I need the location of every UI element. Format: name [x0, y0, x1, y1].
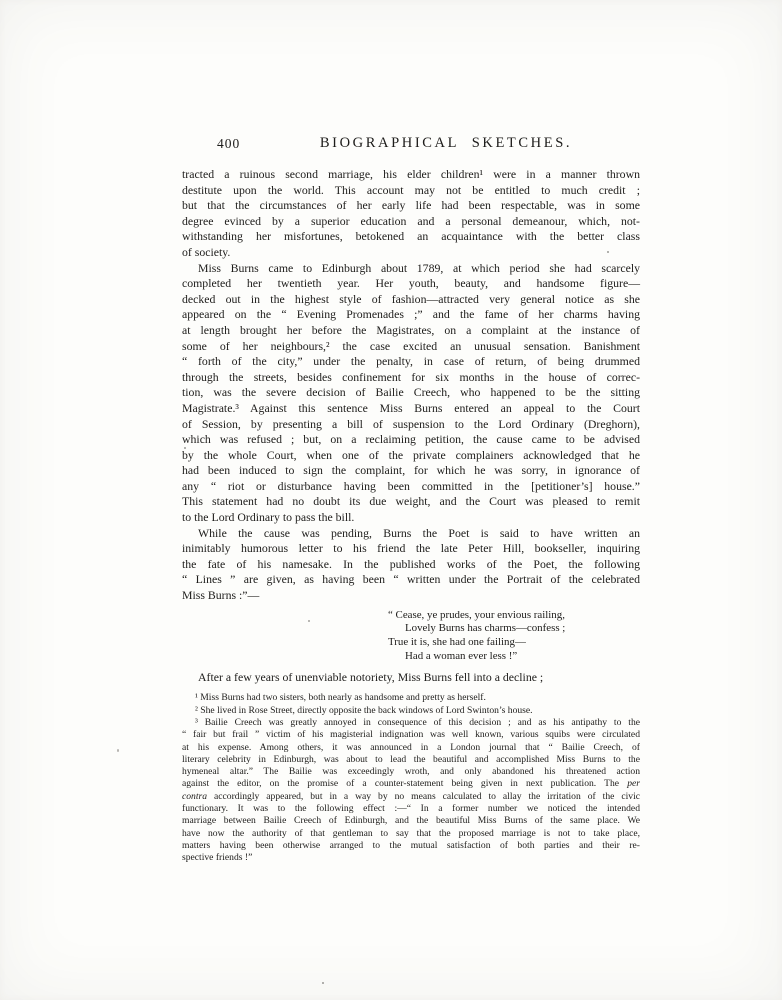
footnote-1: ¹ Miss Burns had two sisters, both nearl… — [182, 692, 640, 704]
verse-line: Lovely Burns has charms—confess ; — [388, 622, 640, 636]
text-line: some of her neighbours,² the case excite… — [182, 339, 640, 355]
text-line: withstanding her misfortunes, betokened … — [182, 229, 640, 245]
text-line: Miss Burns came to Edinburgh about 1789,… — [182, 261, 640, 277]
text-line: of Session, by presenting a bill of susp… — [182, 417, 640, 433]
text-line: by the whole Court, when one of the priv… — [182, 448, 640, 464]
book-page: 400 BIOGRAPHICAL SKETCHES. tracted a rui… — [0, 0, 782, 1000]
text-column: tracted a ruinous second marriage, his e… — [182, 167, 640, 865]
footnote-line: ³ Bailie Creech was greatly annoyed in c… — [182, 717, 640, 729]
text-line: degree evinced by a superior education a… — [182, 214, 640, 230]
footnote-line: spective friends !” — [182, 852, 640, 864]
footnote-line: have now the authority of that gentleman… — [182, 828, 640, 840]
text-line: tion, was the severe decision of Bailie … — [182, 385, 640, 401]
footnote-line: contra accordingly appeared, but in a wa… — [182, 791, 640, 803]
verse-quatrain: “ Cease, ye prudes, your envious railing… — [388, 609, 640, 664]
footnote-line: literary celebrity in Edinburgh, was abo… — [182, 754, 640, 766]
text-line: While the cause was pending, Burns the P… — [182, 526, 640, 542]
footnotes-section: ¹ Miss Burns had two sisters, both nearl… — [182, 692, 640, 864]
footnote-line: marriage between Bailie Creech of Edinbu… — [182, 815, 640, 827]
text-line: After a few years of unenviable notoriet… — [182, 670, 640, 686]
text-line: completed her twentieth year. Her youth,… — [182, 276, 640, 292]
text-line: “ forth of the city,” under the penalty,… — [182, 354, 640, 370]
text-line: the fate of his namesake. In the publish… — [182, 557, 640, 573]
verse-line: Had a woman ever less !” — [388, 650, 640, 664]
text-line: but that the circumstances of her early … — [182, 198, 640, 214]
text-line: at length brought her before the Magistr… — [182, 323, 640, 339]
text-line: had been induced to sign the complaint, … — [182, 463, 640, 479]
text-line: tracted a ruinous second marriage, his e… — [182, 167, 640, 183]
text-line: “ Lines ” are given, as having been “ wr… — [182, 572, 640, 588]
footnote-line: against the editor, on the promise of a … — [182, 778, 640, 790]
scan-speck — [322, 982, 324, 984]
footnote-line: “ fair but frail ” victim of his magiste… — [182, 729, 640, 741]
footnote-2: ² She lived in Rose Street, directly opp… — [182, 705, 640, 717]
footnote-3: ³ Bailie Creech was greatly annoyed in c… — [182, 717, 640, 865]
scan-speck — [184, 447, 186, 449]
text-line: any “ riot or disturbance having been co… — [182, 479, 640, 495]
text-line: to the Lord Ordinary to pass the bill. — [182, 510, 640, 526]
footnote-line: ¹ Miss Burns had two sisters, both nearl… — [182, 692, 640, 704]
italic-text: per — [627, 778, 640, 789]
scan-speck — [117, 749, 119, 752]
text-segment: accordingly appeared, but in a way by no… — [207, 791, 640, 802]
running-title: BIOGRAPHICAL SKETCHES. — [217, 135, 675, 152]
text-line: Magistrate.³ Against this sentence Miss … — [182, 401, 640, 417]
verse-line: True it is, she had one failing— — [388, 636, 640, 650]
footnote-line: matters having been otherwise arranged t… — [182, 840, 640, 852]
page-header: 400 BIOGRAPHICAL SKETCHES. — [182, 135, 640, 155]
text-line: appeared on the “ Evening Promenades ;” … — [182, 307, 640, 323]
paragraph-burns-poet-letter: While the cause was pending, Burns the P… — [182, 526, 640, 604]
text-line: Miss Burns :”— — [182, 588, 640, 604]
text-line: of society. — [182, 245, 640, 261]
text-line: destitute upon the world. This account m… — [182, 183, 640, 199]
scan-speck — [607, 251, 609, 253]
scan-speck — [308, 620, 310, 622]
italic-text: contra — [182, 791, 207, 802]
footnote-line: at his expense. Among others, it was ann… — [182, 742, 640, 754]
text-line: which was refused ; but, on a reclaiming… — [182, 432, 640, 448]
text-line: through the streets, besides confinement… — [182, 370, 640, 386]
paragraph-miss-burns-edinburgh: Miss Burns came to Edinburgh about 1789,… — [182, 261, 640, 526]
text-line: decked out in the highest style of fashi… — [182, 292, 640, 308]
verse-line: “ Cease, ye prudes, your envious railing… — [388, 609, 640, 623]
footnote-line: ² She lived in Rose Street, directly opp… — [182, 705, 640, 717]
text-line: This statement had no doubt its due weig… — [182, 494, 640, 510]
footnote-line: hymeneal altar.” The Bailie was exceedin… — [182, 766, 640, 778]
footnote-line: functionary. It was to the following eff… — [182, 803, 640, 815]
paragraph-continuation: tracted a ruinous second marriage, his e… — [182, 167, 640, 261]
paragraph-closing: After a few years of unenviable notoriet… — [182, 670, 640, 686]
text-segment: against the editor, on the promise of a … — [182, 778, 627, 789]
text-line: inimitably humorous letter to his friend… — [182, 541, 640, 557]
